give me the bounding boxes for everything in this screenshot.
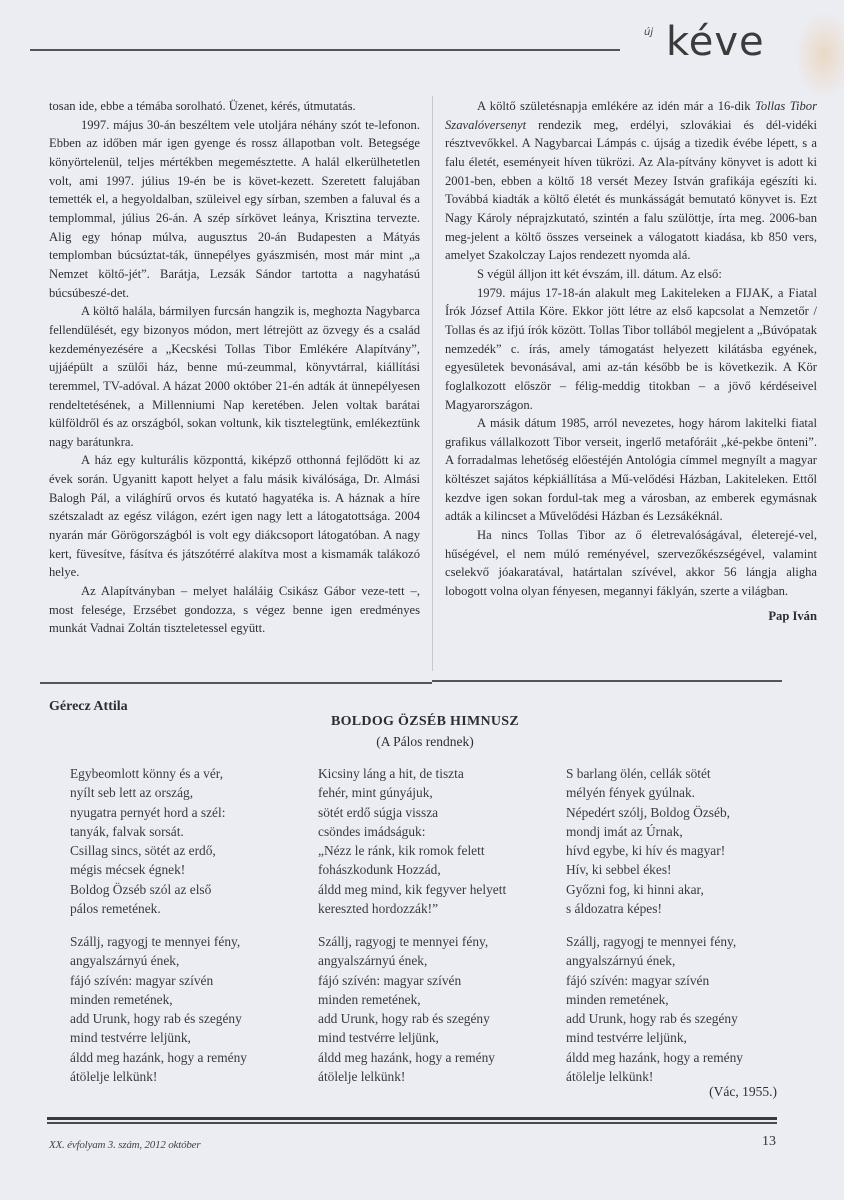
- paragraph: tosan ide, ebbe a témába sorolható. Üzen…: [49, 97, 420, 116]
- poem-refrain: Szállj, ragyogj te mennyei fény, angyals…: [318, 932, 495, 1086]
- issue-info: XX. évfolyam 3. szám, 2012 október: [49, 1139, 200, 1151]
- footer-rule: [47, 1117, 777, 1120]
- poem-refrain: Szállj, ragyogj te mennyei fény, angyals…: [70, 932, 247, 1086]
- header-rule: [30, 49, 620, 51]
- poem-stanza: Egybeomlott könny és a vér, nyílt seb le…: [70, 764, 225, 918]
- paragraph: Ha nincs Tollas Tibor az ő életrevalóság…: [445, 526, 817, 601]
- paragraph: A ház egy kulturális központtá, kiképző …: [49, 451, 420, 582]
- paragraph: A költő halála, bármilyen furcsán hangzi…: [49, 302, 420, 451]
- paragraph: S végül álljon itt két évszám, ill. dátu…: [445, 265, 817, 284]
- logo-prefix: új: [644, 27, 653, 38]
- paragraph: 1997. május 30-án beszéltem vele utoljár…: [49, 116, 420, 303]
- poem-stanza: Kicsiny láng a hit, de tiszta fehér, min…: [318, 764, 506, 918]
- article-right-column: A költő születésnapja emlékére az idén m…: [445, 97, 817, 625]
- poem-stanza: S barlang ölén, cellák sötét mélyén fény…: [566, 764, 730, 918]
- magazine-logo: új kéve: [630, 18, 810, 68]
- article-left-column: tosan ide, ebbe a témába sorolható. Üzen…: [49, 97, 420, 638]
- section-rule: [40, 682, 432, 684]
- column-divider: [432, 96, 433, 671]
- section-rule: [432, 680, 782, 682]
- footer-rule: [47, 1122, 777, 1124]
- article-signature: Pap Iván: [445, 607, 817, 626]
- paragraph: A másik dátum 1985, arról nevezetes, hog…: [445, 414, 817, 526]
- paragraph: 1979. május 17-18-án alakult meg Lakitel…: [445, 284, 817, 415]
- poem-author: Gérecz Attila: [49, 699, 128, 715]
- poem-place-date: (Vác, 1955.): [709, 1084, 777, 1100]
- poem-subtitle: (A Pálos rendnek): [0, 734, 844, 750]
- poem-refrain: Szállj, ragyogj te mennyei fény, angyals…: [566, 932, 743, 1086]
- page-number: 13: [762, 1134, 776, 1150]
- logo-name: kéve: [666, 22, 765, 62]
- paragraph: Az Alapítványban – melyet haláláig Csiká…: [49, 582, 420, 638]
- poem-title: BOLDOG ÖZSÉB HIMNUSZ: [0, 714, 844, 730]
- paragraph: A költő születésnapja emlékére az idén m…: [445, 97, 817, 265]
